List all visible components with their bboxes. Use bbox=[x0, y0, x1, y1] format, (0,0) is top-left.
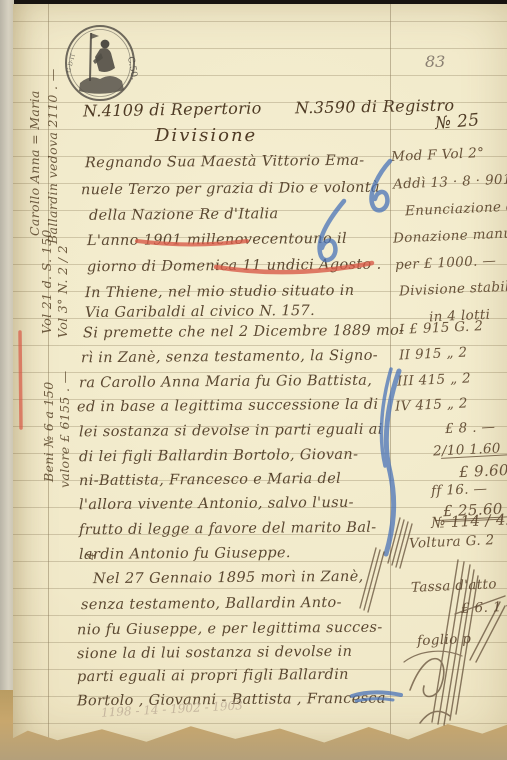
annotation-line: Addì 13 · 8 · 901 bbox=[393, 171, 507, 192]
document-page: C.50. G·D·IT 83 N.4109 di Repertorio N.3… bbox=[13, 4, 507, 744]
text-line: Nel 27 Gennaio 1895 morì in Zanè, bbox=[93, 569, 364, 587]
text-line: senza testamento, Ballardin Anto- bbox=[81, 595, 342, 613]
scan-edge-left bbox=[0, 0, 14, 760]
margin-note-line: Vol 21 d. S. 150 bbox=[39, 219, 54, 334]
text-line: della Nazione Re d'Italia bbox=[89, 206, 279, 224]
text-line: nio fu Giuseppe, e per legittima succes- bbox=[77, 620, 383, 639]
text-line: Via Garibaldi al civico N. 157. bbox=[85, 303, 315, 321]
text-line: nuele Terzo per grazia di Dio e volontà bbox=[81, 180, 380, 199]
annotation-line: Enunciazione d bbox=[405, 199, 507, 220]
annotation-line: II 915 „ 2 bbox=[399, 345, 468, 364]
annotation-line: Donazione manu bbox=[393, 225, 507, 246]
text-line: di lei figli Ballardin Bortolo, Giovan- bbox=[79, 447, 358, 465]
text-line: ed in base a legittima successione la di bbox=[77, 397, 379, 416]
text-line: sione la di lui sostanza si devolse in bbox=[77, 644, 352, 662]
document-title: Divisione bbox=[155, 125, 257, 146]
text-line: ni-Battista, Francesco e Maria del bbox=[79, 471, 341, 489]
annotation-line: £ 6. 1 bbox=[461, 599, 502, 617]
revenue-stamp-icon: C.50. G·D·IT bbox=[62, 23, 140, 105]
annotation-line: per £ 1000. — bbox=[395, 253, 497, 273]
scanned-document: C.50. G·D·IT 83 N.4109 di Repertorio N.3… bbox=[0, 0, 507, 760]
text-line: In Thiene, nel mio studio situato in bbox=[85, 283, 355, 301]
svg-text:C.50.: C.50. bbox=[125, 56, 139, 81]
text-line: ra Carollo Anna Maria fu Gio Battista, bbox=[79, 373, 372, 392]
annotation-line: № 114 / 42 bbox=[431, 510, 507, 532]
text-line: lei sostanza si devolse in parti eguali … bbox=[79, 422, 383, 441]
annotation-line: ff 16. — bbox=[431, 481, 488, 499]
annotation-line: Mod F Vol 2° bbox=[391, 145, 485, 165]
text-line: Regnando Sua Maestà Vittorio Ema- bbox=[85, 153, 365, 171]
annotation-line: Divisione stabili bbox=[399, 278, 507, 299]
registro-number: N.3590 di Registro bbox=[295, 96, 455, 118]
annotation-line: IV 415 „ 2 bbox=[395, 395, 468, 414]
text-line: L'anno 1901 millenovecentouno il bbox=[87, 231, 347, 249]
page-number-pencil: 83 bbox=[425, 52, 445, 71]
text-line: lardin Antonio fu Giuseppe. bbox=[79, 545, 291, 563]
margin-note-line: Vol 3° N. 2 / 2 bbox=[55, 233, 70, 338]
text-line: parti eguali ai propri figli Ballardin bbox=[77, 667, 349, 685]
margin-note-line: Carollo Anna = Maria bbox=[27, 61, 42, 236]
repertorio-number: N.4109 di Repertorio bbox=[83, 98, 262, 120]
text-line: giorno di Domenica 11 undici Agosto . bbox=[87, 257, 382, 276]
fee-number: № 25 bbox=[434, 110, 480, 134]
annotation-line: Tassa d'atto bbox=[411, 576, 497, 596]
annotation-line: £ 8 . — bbox=[445, 419, 496, 437]
annotation-line: foglio p bbox=[417, 631, 472, 649]
margin-note-line: Ballardin vedova 2110 . — bbox=[45, 59, 60, 244]
text-line: Si premette che nel 2 Dicembre 1889 mo- bbox=[83, 323, 405, 342]
annotation-line: III 415 „ 2 bbox=[397, 370, 472, 389]
text-line: l'allora vivente Antonio, salvo l'usu- bbox=[79, 495, 354, 513]
annotation-line: £ 9.60 bbox=[459, 461, 507, 481]
annotation-line: I £ 915 G. 2 bbox=[399, 318, 484, 338]
annotation-line: Voltura G. 2 bbox=[409, 532, 495, 552]
text-line: frutto di legge a favore del marito Bal- bbox=[79, 520, 377, 539]
text-line: rì in Zanè, senza testamento, la Signo- bbox=[81, 348, 378, 367]
margin-note-line: 4 bbox=[83, 546, 98, 560]
margin-note-line: valore £ 6155 . — bbox=[57, 353, 72, 488]
margin-note-line: Beni № 6 a 150 bbox=[41, 362, 56, 482]
